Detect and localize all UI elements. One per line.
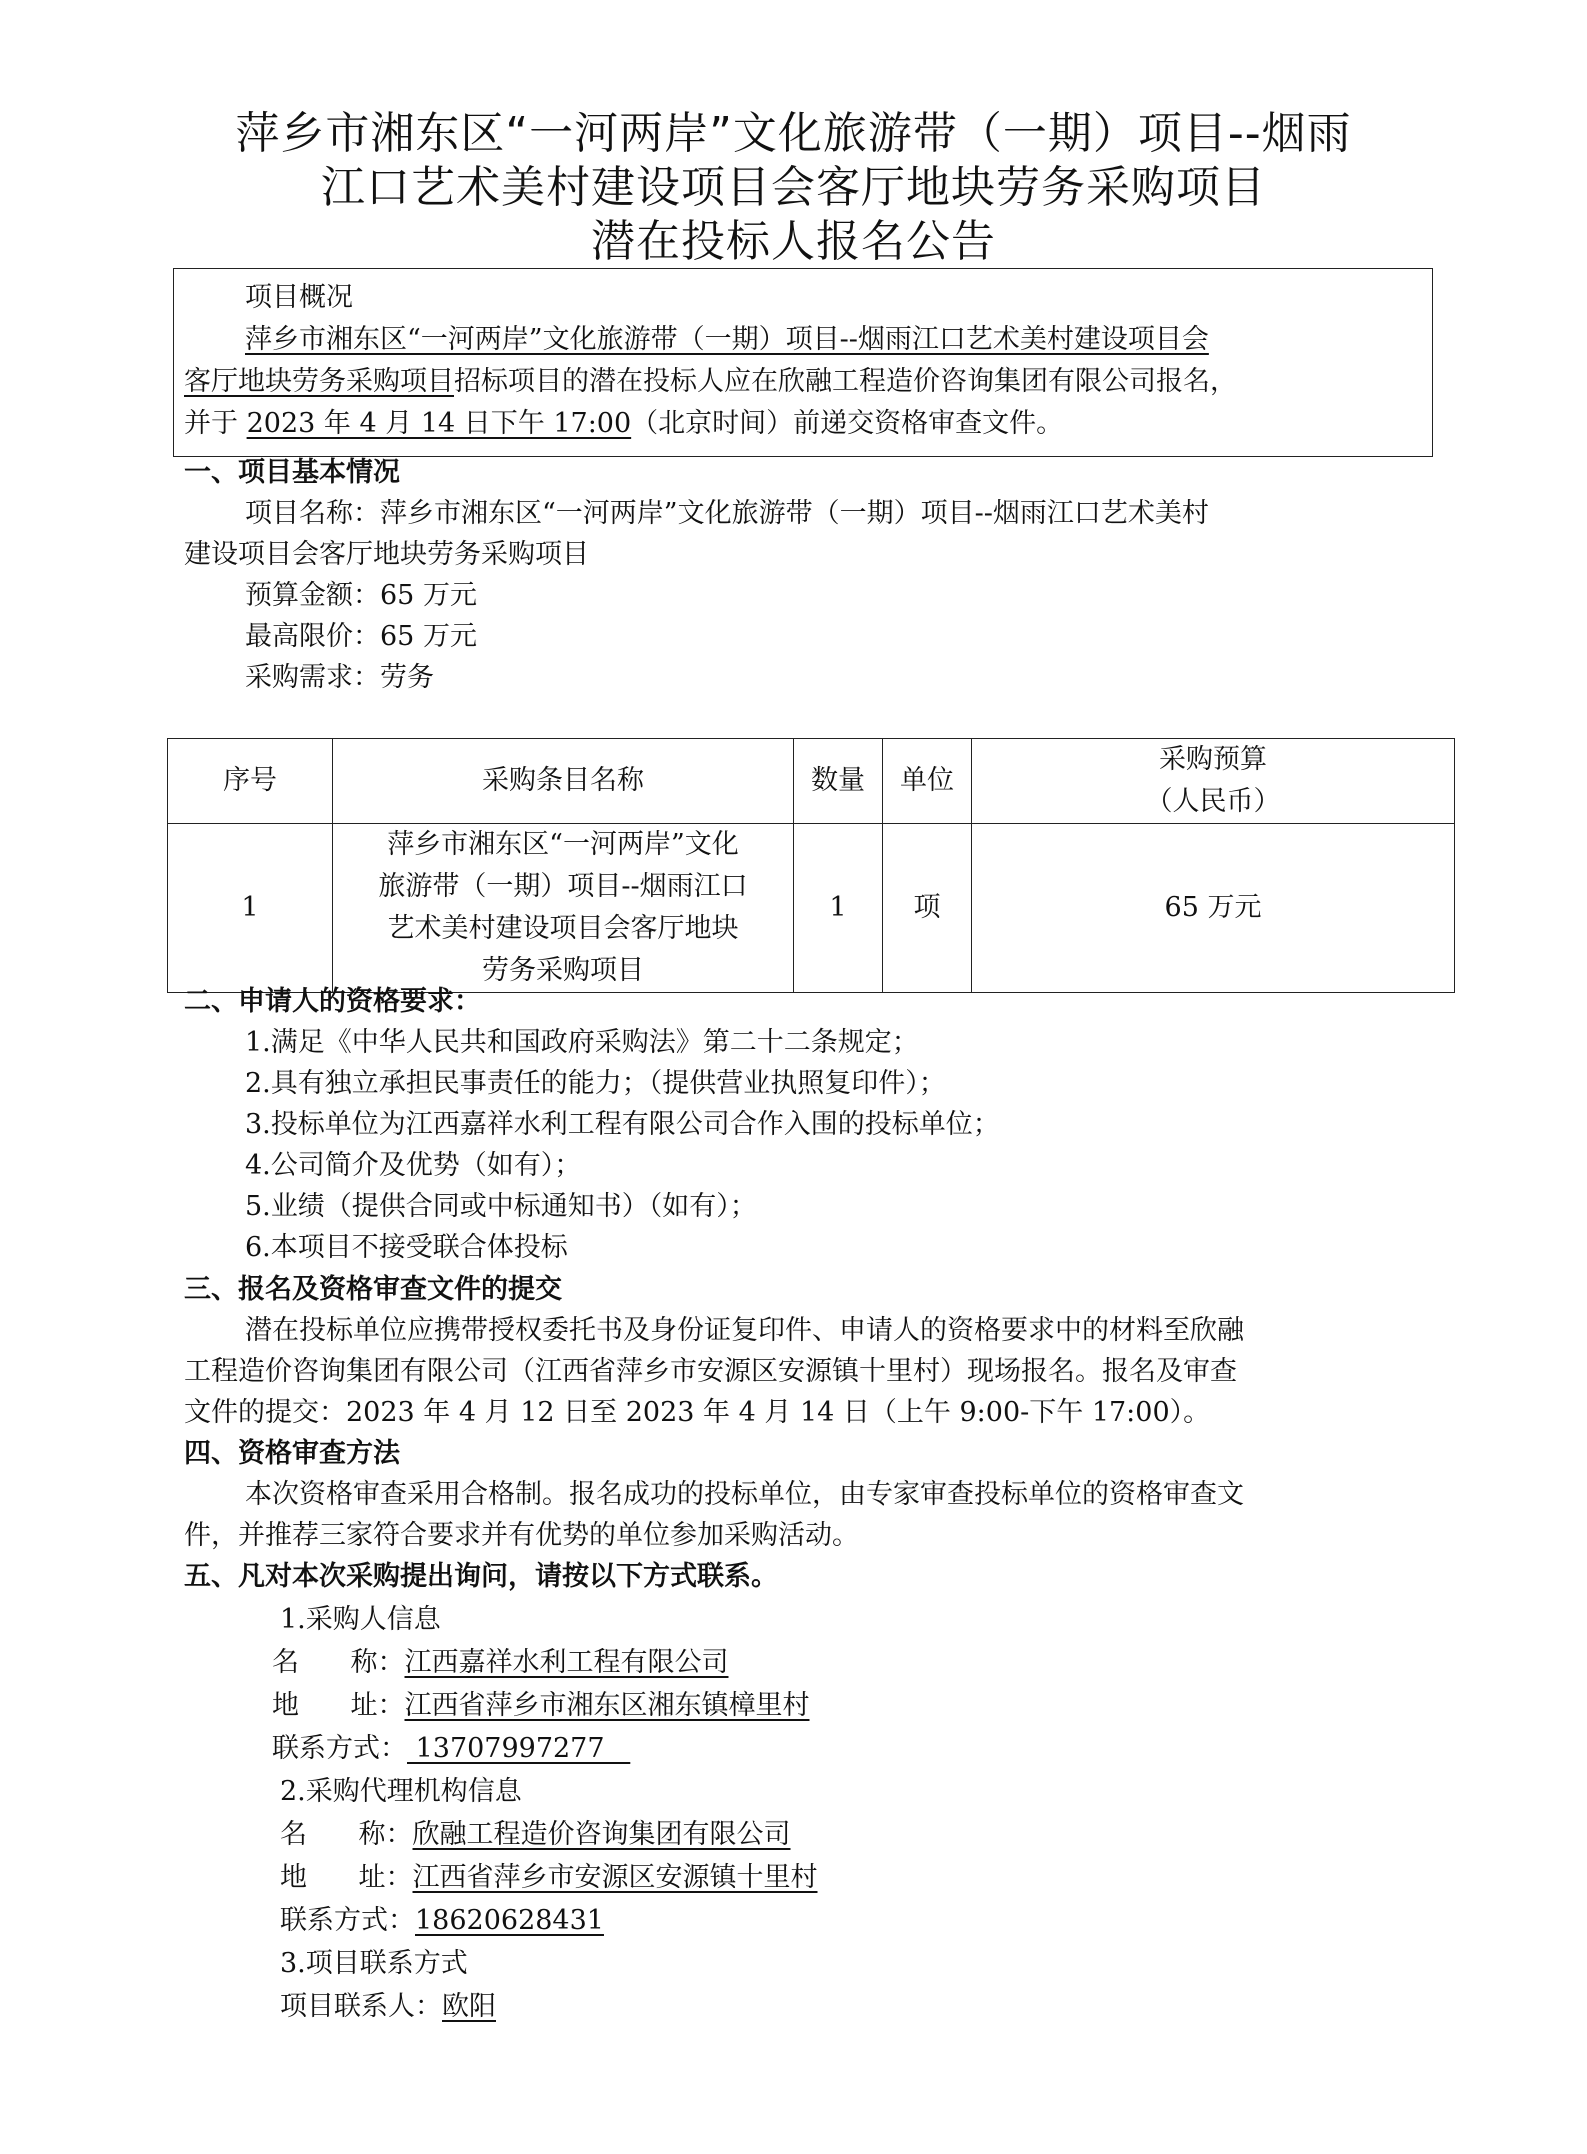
requirement-item: 2.具有独立承担民事责任的能力；（提供营业执照复印件）； bbox=[245, 1064, 946, 1104]
cell-name: 萍乡市湘东区“一河两岸”文化 旅游带（一期）项目--烟雨江口 艺术美村建设项目会… bbox=[333, 824, 794, 993]
overview-line-3: 并于 2023 年 4 月 14 日下午 17:00（北京时间）前递交资格审查文… bbox=[184, 404, 1063, 444]
purchaser-contact: 13707997277 bbox=[407, 1733, 630, 1764]
project-name-line-1: 项目名称：萍乡市湘东区“一河两岸”文化旅游带（一期）项目--烟雨江口艺术美村 bbox=[245, 494, 1209, 534]
cell-qty: 1 bbox=[794, 824, 883, 993]
section3-line: 文件的提交：2023 年 4 月 12 日至 2023 年 4 月 14 日（上… bbox=[184, 1393, 1210, 1433]
section4-line: 件，并推荐三家符合要求并有优势的单位参加采购活动。 bbox=[184, 1516, 859, 1556]
section5-heading: 五、凡对本次采购提出询问，请按以下方式联系。 bbox=[184, 1557, 778, 1597]
agency-address: 江西省萍乡市安源区安源镇十里村 bbox=[413, 1862, 818, 1893]
agency-name: 欣融工程造价咨询集团有限公司 bbox=[413, 1819, 791, 1850]
section3-line: 工程造价咨询集团有限公司（江西省萍乡市安源区安源镇十里村）现场报名。报名及审查 bbox=[184, 1352, 1237, 1392]
name-line: 旅游带（一期）项目--烟雨江口 bbox=[339, 866, 787, 908]
purchaser-heading: 1.采购人信息 bbox=[280, 1600, 441, 1640]
requirement-item: 5.业绩（提供合同或中标通知书）（如有）； bbox=[245, 1187, 757, 1227]
col-unit-header: 单位 bbox=[883, 739, 972, 824]
agency-contact: 18620628431 bbox=[415, 1905, 604, 1936]
page-title-line-2: 江口艺术美村建设项目会客厅地块劳务采购项目 bbox=[0, 160, 1587, 216]
overview-text: 招标项目的潜在投标人应在欣融工程造价咨询集团有限公司报名， bbox=[454, 366, 1237, 397]
budget-header-line-1: 采购预算 bbox=[978, 739, 1448, 781]
address-label: 地 址： bbox=[272, 1690, 405, 1721]
purchaser-name: 江西嘉祥水利工程有限公司 bbox=[405, 1647, 729, 1678]
deadline-prefix: 并于 bbox=[184, 408, 247, 439]
budget: 预算金额：65 万元 bbox=[245, 576, 477, 616]
table-header-row: 序号 采购条目名称 数量 单位 采购预算（人民币） bbox=[168, 739, 1455, 824]
purchaser-contact-row: 联系方式： 13707997277 bbox=[272, 1729, 630, 1769]
col-qty-header: 数量 bbox=[794, 739, 883, 824]
section3-heading: 三、报名及资格审查文件的提交 bbox=[184, 1270, 562, 1310]
col-budget-header: 采购预算（人民币） bbox=[972, 739, 1455, 824]
requirement-item: 1.满足《中华人民共和国政府采购法》第二十二条规定； bbox=[245, 1023, 919, 1063]
agency-name-row: 名 称：欣融工程造价咨询集团有限公司 bbox=[280, 1815, 791, 1855]
purchaser-address-row: 地 址：江西省萍乡市湘东区湘东镇樟里村 bbox=[272, 1686, 810, 1726]
section4-line: 本次资格审查采用合格制。报名成功的投标单位，由专家审查投标单位的资格审查文 bbox=[245, 1475, 1244, 1515]
name-line: 艺术美村建设项目会客厅地块 bbox=[339, 908, 787, 950]
contact-label: 联系方式： bbox=[272, 1733, 407, 1764]
agency-address-row: 地 址：江西省萍乡市安源区安源镇十里村 bbox=[280, 1858, 818, 1898]
max-price: 最高限价：65 万元 bbox=[245, 617, 477, 657]
cell-budget: 65 万元 bbox=[972, 824, 1455, 993]
section3-line: 潜在投标单位应携带授权委托书及身份证复印件、申请人的资格要求中的材料至欣融 bbox=[245, 1311, 1244, 1351]
deadline: 2023 年 4 月 14 日下午 17:00 bbox=[247, 408, 632, 439]
page-title-line-3: 潜在投标人报名公告 bbox=[0, 214, 1587, 270]
section4-heading: 四、资格审查方法 bbox=[184, 1434, 400, 1474]
demand: 采购需求：劳务 bbox=[245, 658, 434, 698]
section1-heading: 一、项目基本情况 bbox=[184, 453, 400, 493]
procurement-table: 序号 采购条目名称 数量 单位 采购预算（人民币） 1 萍乡市湘东区“一河两岸”… bbox=[167, 738, 1455, 993]
col-name-header: 采购条目名称 bbox=[333, 739, 794, 824]
project-contact-row: 项目联系人：欧阳 bbox=[280, 1987, 496, 2027]
agency-heading: 2.采购代理机构信息 bbox=[280, 1772, 522, 1812]
address-label: 地 址： bbox=[280, 1862, 413, 1893]
section2-heading: 二、申请人的资格要求： bbox=[184, 982, 481, 1022]
col-no-header: 序号 bbox=[168, 739, 333, 824]
table-row: 1 萍乡市湘东区“一河两岸”文化 旅游带（一期）项目--烟雨江口 艺术美村建设项… bbox=[168, 824, 1455, 993]
requirement-item: 6.本项目不接受联合体投标 bbox=[245, 1228, 568, 1268]
project-name-line-2: 建设项目会客厅地块劳务采购项目 bbox=[184, 535, 589, 575]
name-line: 萍乡市湘东区“一河两岸”文化 bbox=[339, 824, 787, 866]
overview-heading: 项目概况 bbox=[245, 278, 353, 318]
purchaser-address: 江西省萍乡市湘东区湘东镇樟里村 bbox=[405, 1690, 810, 1721]
page-title-line-1: 萍乡市湘东区“一河两岸”文化旅游带（一期）项目--烟雨 bbox=[0, 106, 1587, 162]
overview-project-name-1: 萍乡市湘东区“一河两岸”文化旅游带（一期）项目--烟雨江口艺术美村建设项目会 bbox=[245, 320, 1209, 360]
overview-project-name-2: 客厅地块劳务采购项目 bbox=[184, 366, 454, 397]
overview-line-2: 客厅地块劳务采购项目招标项目的潜在投标人应在欣融工程造价咨询集团有限公司报名， bbox=[184, 362, 1237, 402]
cell-no: 1 bbox=[168, 824, 333, 993]
deadline-suffix: （北京时间）前递交资格审查文件。 bbox=[631, 408, 1063, 439]
name-label: 名 称： bbox=[272, 1647, 405, 1678]
requirement-item: 4.公司简介及优势（如有）； bbox=[245, 1146, 581, 1186]
purchaser-name-row: 名 称：江西嘉祥水利工程有限公司 bbox=[272, 1643, 729, 1683]
project-contact-heading: 3.项目联系方式 bbox=[280, 1944, 468, 1984]
project-contact-person: 欧阳 bbox=[442, 1991, 496, 2022]
contact-label: 联系方式： bbox=[280, 1905, 415, 1936]
cell-unit: 项 bbox=[883, 824, 972, 993]
budget-header-line-2: （人民币） bbox=[978, 781, 1448, 823]
requirement-item: 3.投标单位为江西嘉祥水利工程有限公司合作入围的投标单位； bbox=[245, 1105, 1000, 1145]
person-label: 项目联系人： bbox=[280, 1991, 442, 2022]
agency-contact-row: 联系方式：18620628431 bbox=[280, 1901, 604, 1941]
name-label: 名 称： bbox=[280, 1819, 413, 1850]
